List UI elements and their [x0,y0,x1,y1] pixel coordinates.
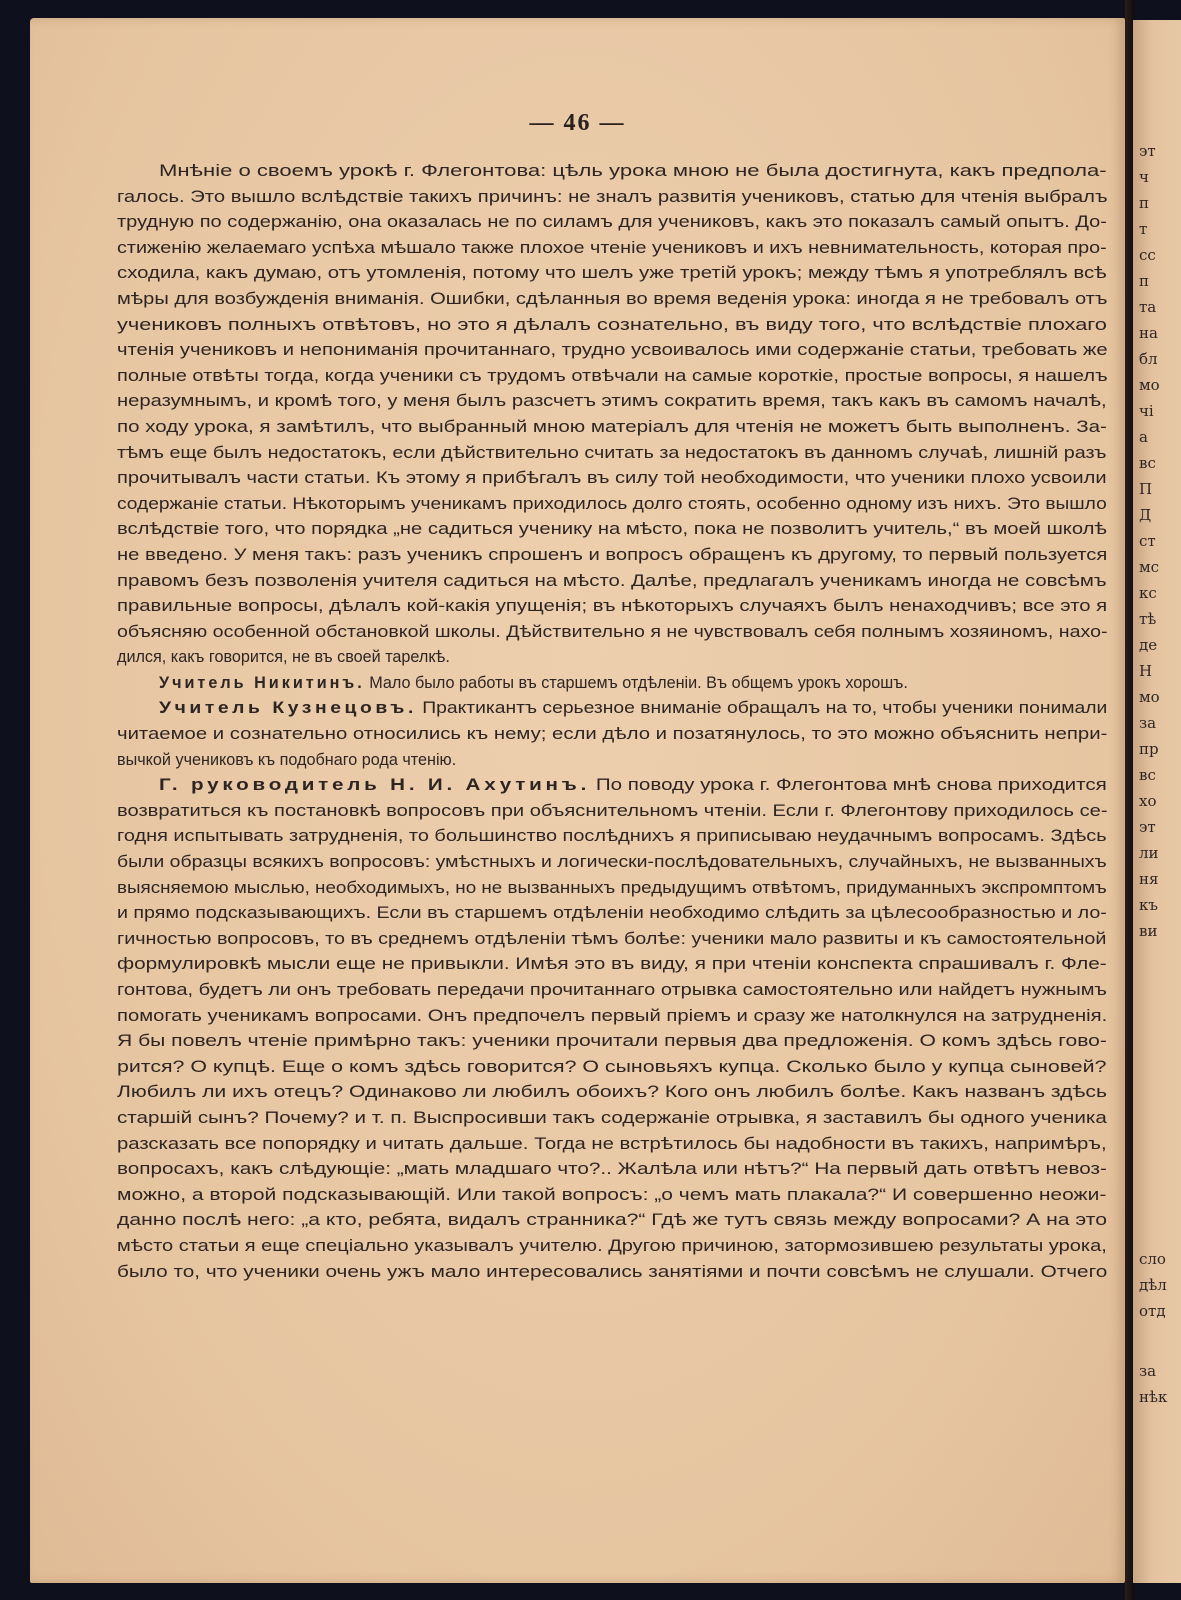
next-page-fragment: пр [1139,740,1159,758]
next-page-fragment: мо [1139,688,1160,706]
next-page-fragment: чі [1139,402,1154,420]
text-line: учениковъ полныхъ отвѣтовъ, но это я дѣл… [117,313,1107,339]
next-page-fragment: мс [1139,558,1159,576]
next-page-fragment: де [1139,636,1157,654]
text-line: не введено. У меня такъ: разъ ученикъ сп… [117,543,1107,569]
next-page-fragment: Н [1139,662,1152,680]
text-line: мѣсто статьи я еще спеціально указывалъ … [117,1234,1107,1260]
text-line: по ходу урока, я замѣтилъ, что выбранный… [117,415,1107,441]
text-line: Мнѣніе о своемъ урокѣ г. Флегонтова: цѣл… [117,159,1107,185]
text-line: разсказать все попорядку и читать дальше… [117,1132,1107,1158]
text-line: читаемое и сознательно относились къ нем… [117,722,1107,748]
text-line: правомъ безъ позволенія учителя садиться… [117,569,1107,595]
paragraph-teacher-nikitin: Учитель Никитинъ. Мало было работы въ ст… [117,671,1107,697]
speaker-name: Учитель Никитинъ. [159,674,365,692]
next-page-fragment: кс [1139,584,1157,602]
text-line: Учитель Никитинъ. Мало было работы въ ст… [117,671,1107,697]
text-line: сходила, какъ думаю, отъ утомленія, пото… [117,261,1107,287]
text-line: были образцы всякихъ вопросовъ: умѣстных… [117,850,1107,876]
text-line: возвратиться къ постановкѣ вопросовъ при… [117,799,1107,825]
text-line: содержаніе статьи. Нѣкоторымъ ученикамъ … [117,492,1107,518]
speaker-remark: Практикантъ серьезное вниманіе обращалъ … [417,699,1107,717]
text-line: мѣры для возбужденія вниманія. Ошибки, с… [117,287,1107,313]
text-line: тѣмъ еще былъ недостатокъ, если дѣйствит… [117,441,1107,467]
text-line: Я бы повелъ чтеніе примѣрно такъ: ученик… [117,1029,1107,1055]
next-page-fragment: эт [1139,818,1156,836]
text-line: Учитель Кузнецовъ. Практикантъ серьезное… [117,696,1107,722]
next-page-fragment: отд [1139,1302,1166,1320]
text-line: неразумнымъ, и кромѣ того, у меня былъ р… [117,389,1107,415]
next-page-fragment: а [1139,428,1148,446]
text-line: годня испытывать затрудненія, то большин… [117,824,1107,850]
next-page-fragment: та [1139,298,1156,316]
text-line: вычкой учениковъ къ подобнаго рода чтені… [117,748,1107,774]
speaker-name: Учитель Кузнецовъ. [159,699,417,717]
text-line: помогать ученикамъ вопросами. Онъ предпо… [117,1004,1107,1030]
text-line: правильные вопросы, дѣлалъ кой-какія упу… [117,594,1107,620]
paragraph-teacher-kuznetsov: Учитель Кузнецовъ. Практикантъ серьезное… [117,696,1107,773]
text-line: галось. Это вышло вслѣдствіе такихъ прич… [117,185,1107,211]
next-page-fragment: вс [1139,766,1156,784]
speaker-remark: По поводу урока г. Флегонтова мнѣ снова … [590,776,1107,794]
next-page-fragment: нѣк [1139,1388,1167,1406]
text-line: рится? О купцѣ. Еще о комъ здѣсь говорит… [117,1055,1107,1081]
text-line: гонтова, будетъ ли онъ требовать передач… [117,978,1107,1004]
text-line: полные отвѣты тогда, когда ученики съ тр… [117,364,1107,390]
text-line: старшій сынъ? Почему? и т. п. Выспросивш… [117,1106,1107,1132]
next-page-fragment: на [1139,324,1158,342]
next-page-fragment: ви [1139,922,1157,940]
next-page-fragment: дѣл [1139,1276,1167,1294]
next-page-fragment: тѣ [1139,610,1156,628]
next-page-fragment: мо [1139,376,1160,394]
text-line: можно, а второй подсказывающій. Или тако… [117,1183,1107,1209]
paragraph-supervisor-akhutin: Г. руководитель Н. И. Ахутинъ. По поводу… [117,773,1107,1285]
next-page-fragment: эт [1139,142,1156,160]
book-page: — 46 — Мнѣніе о своемъ урокѣ г. Флегонто… [30,18,1125,1583]
next-page-fragment: п [1139,272,1149,290]
next-page-fragment: сс [1139,246,1156,264]
text-line: выясняемою мыслью, необходимыхъ, но не в… [117,876,1107,902]
text-line: вопросахъ, какъ слѣдующіе: „мать младшаг… [117,1157,1107,1183]
next-page-fragment: т [1139,220,1147,238]
next-page-fragment: п [1139,194,1149,212]
next-page-fragment: хо [1139,792,1157,810]
next-page-fragment: ст [1139,532,1156,550]
text-line: дился, какъ говорится, не въ своей тарел… [117,645,1107,671]
text-line: Любилъ ли ихъ отецъ? Одинаково ли любилъ… [117,1080,1107,1106]
paragraph-flegontov-opinion: Мнѣніе о своемъ урокѣ г. Флегонтова: цѣл… [117,159,1107,671]
speaker-remark: Мало было работы въ старшемъ отдѣленіи. … [365,674,908,692]
next-page-fragment: за [1139,1362,1156,1380]
text-line: данно послѣ него: „а кто, ребята, видалъ… [117,1208,1107,1234]
text-line: формулировкѣ мысли еще не привыкли. Имѣя… [117,952,1107,978]
page-body-text: Мнѣніе о своемъ урокѣ г. Флегонтова: цѣл… [117,159,1107,1285]
text-line: было то, что ученики очень ужъ мало инте… [117,1260,1107,1286]
page-number: — 46 — [30,110,1125,137]
next-page-fragment: къ [1139,896,1158,914]
text-line: стиженію желаемаго успѣха мѣшало также п… [117,236,1107,262]
text-line: трудную по содержанію, она оказалась не … [117,210,1107,236]
next-page-fragment: П [1139,480,1152,498]
next-page-edge: этчптссптанаблмочіавсПДстмскстѣдеНмозапр… [1133,20,1181,1583]
next-page-fragment: ч [1139,168,1149,186]
next-page-fragment: вс [1139,454,1156,472]
next-page-fragment: за [1139,714,1156,732]
next-page-fragment: бл [1139,350,1158,368]
next-page-fragment: Д [1139,506,1151,524]
next-page-fragment: ли [1139,844,1159,862]
next-page-fragment: ня [1139,870,1158,888]
text-line: чтенія учениковъ и непониманія прочитанн… [117,338,1107,364]
next-page-fragment: сло [1139,1250,1166,1268]
text-line: гичностью вопросовъ, то въ среднемъ отдѣ… [117,927,1107,953]
text-line: прочитывалъ части статьи. Къ этому я при… [117,466,1107,492]
text-line: Г. руководитель Н. И. Ахутинъ. По поводу… [117,773,1107,799]
speaker-name: Г. руководитель Н. И. Ахутинъ. [159,776,590,794]
text-line: вслѣдствіе того, что порядка „не садитьс… [117,517,1107,543]
text-line: объясняю особенной обстановкой школы. Дѣ… [117,620,1107,646]
text-line: и прямо подсказывающихъ. Если въ старшем… [117,901,1107,927]
